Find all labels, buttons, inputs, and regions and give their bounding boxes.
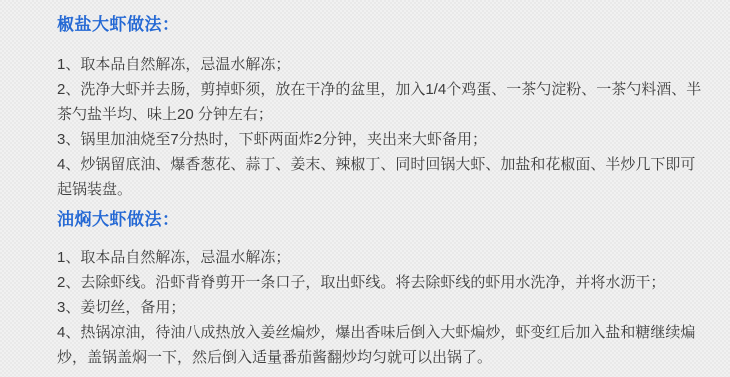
recipe-description-page: 椒盐大虾做法： 1、取本品自然解冻，忌温水解冻； 2、洗净大虾并去肠，剪掉虾须，… <box>0 0 730 377</box>
recipe-section-youmen: 油焖大虾做法： 1、取本品自然解冻，忌温水解冻； 2、去除虾线。沿虾背脊剪开一条… <box>57 208 705 370</box>
recipe-step: 2、洗净大虾并去肠，剪掉虾须，放在干净的盆里，加入1/4个鸡蛋、一茶勺淀粉、一茶… <box>57 77 705 127</box>
recipe-section-jiaoyan: 椒盐大虾做法： 1、取本品自然解冻，忌温水解冻； 2、洗净大虾并去肠，剪掉虾须，… <box>57 13 705 202</box>
recipe-step: 4、炒锅留底油、爆香葱花、蒜丁、姜末、辣椒丁、同时回锅大虾、加盐和花椒面、半炒几… <box>57 152 705 202</box>
recipe-step: 1、取本品自然解冻，忌温水解冻； <box>57 52 705 77</box>
recipe-step: 4、热锅凉油，待油八成热放入姜丝煸炒，爆出香味后倒入大虾煸炒，虾变红后加入盐和糖… <box>57 320 705 370</box>
recipe-step: 3、姜切丝，备用； <box>57 295 705 320</box>
recipe-step: 1、取本品自然解冻，忌温水解冻； <box>57 245 705 270</box>
recipe-title-youmen: 油焖大虾做法： <box>57 208 705 232</box>
recipe-step: 3、锅里加油烧至7分热时，下虾两面炸2分钟，夹出来大虾备用； <box>57 127 705 152</box>
recipe-title-jiaoyan: 椒盐大虾做法： <box>57 13 705 37</box>
recipe-step: 2、去除虾线。沿虾背脊剪开一条口子，取出虾线。将去除虾线的虾用水洗净，并将水沥干… <box>57 270 705 295</box>
